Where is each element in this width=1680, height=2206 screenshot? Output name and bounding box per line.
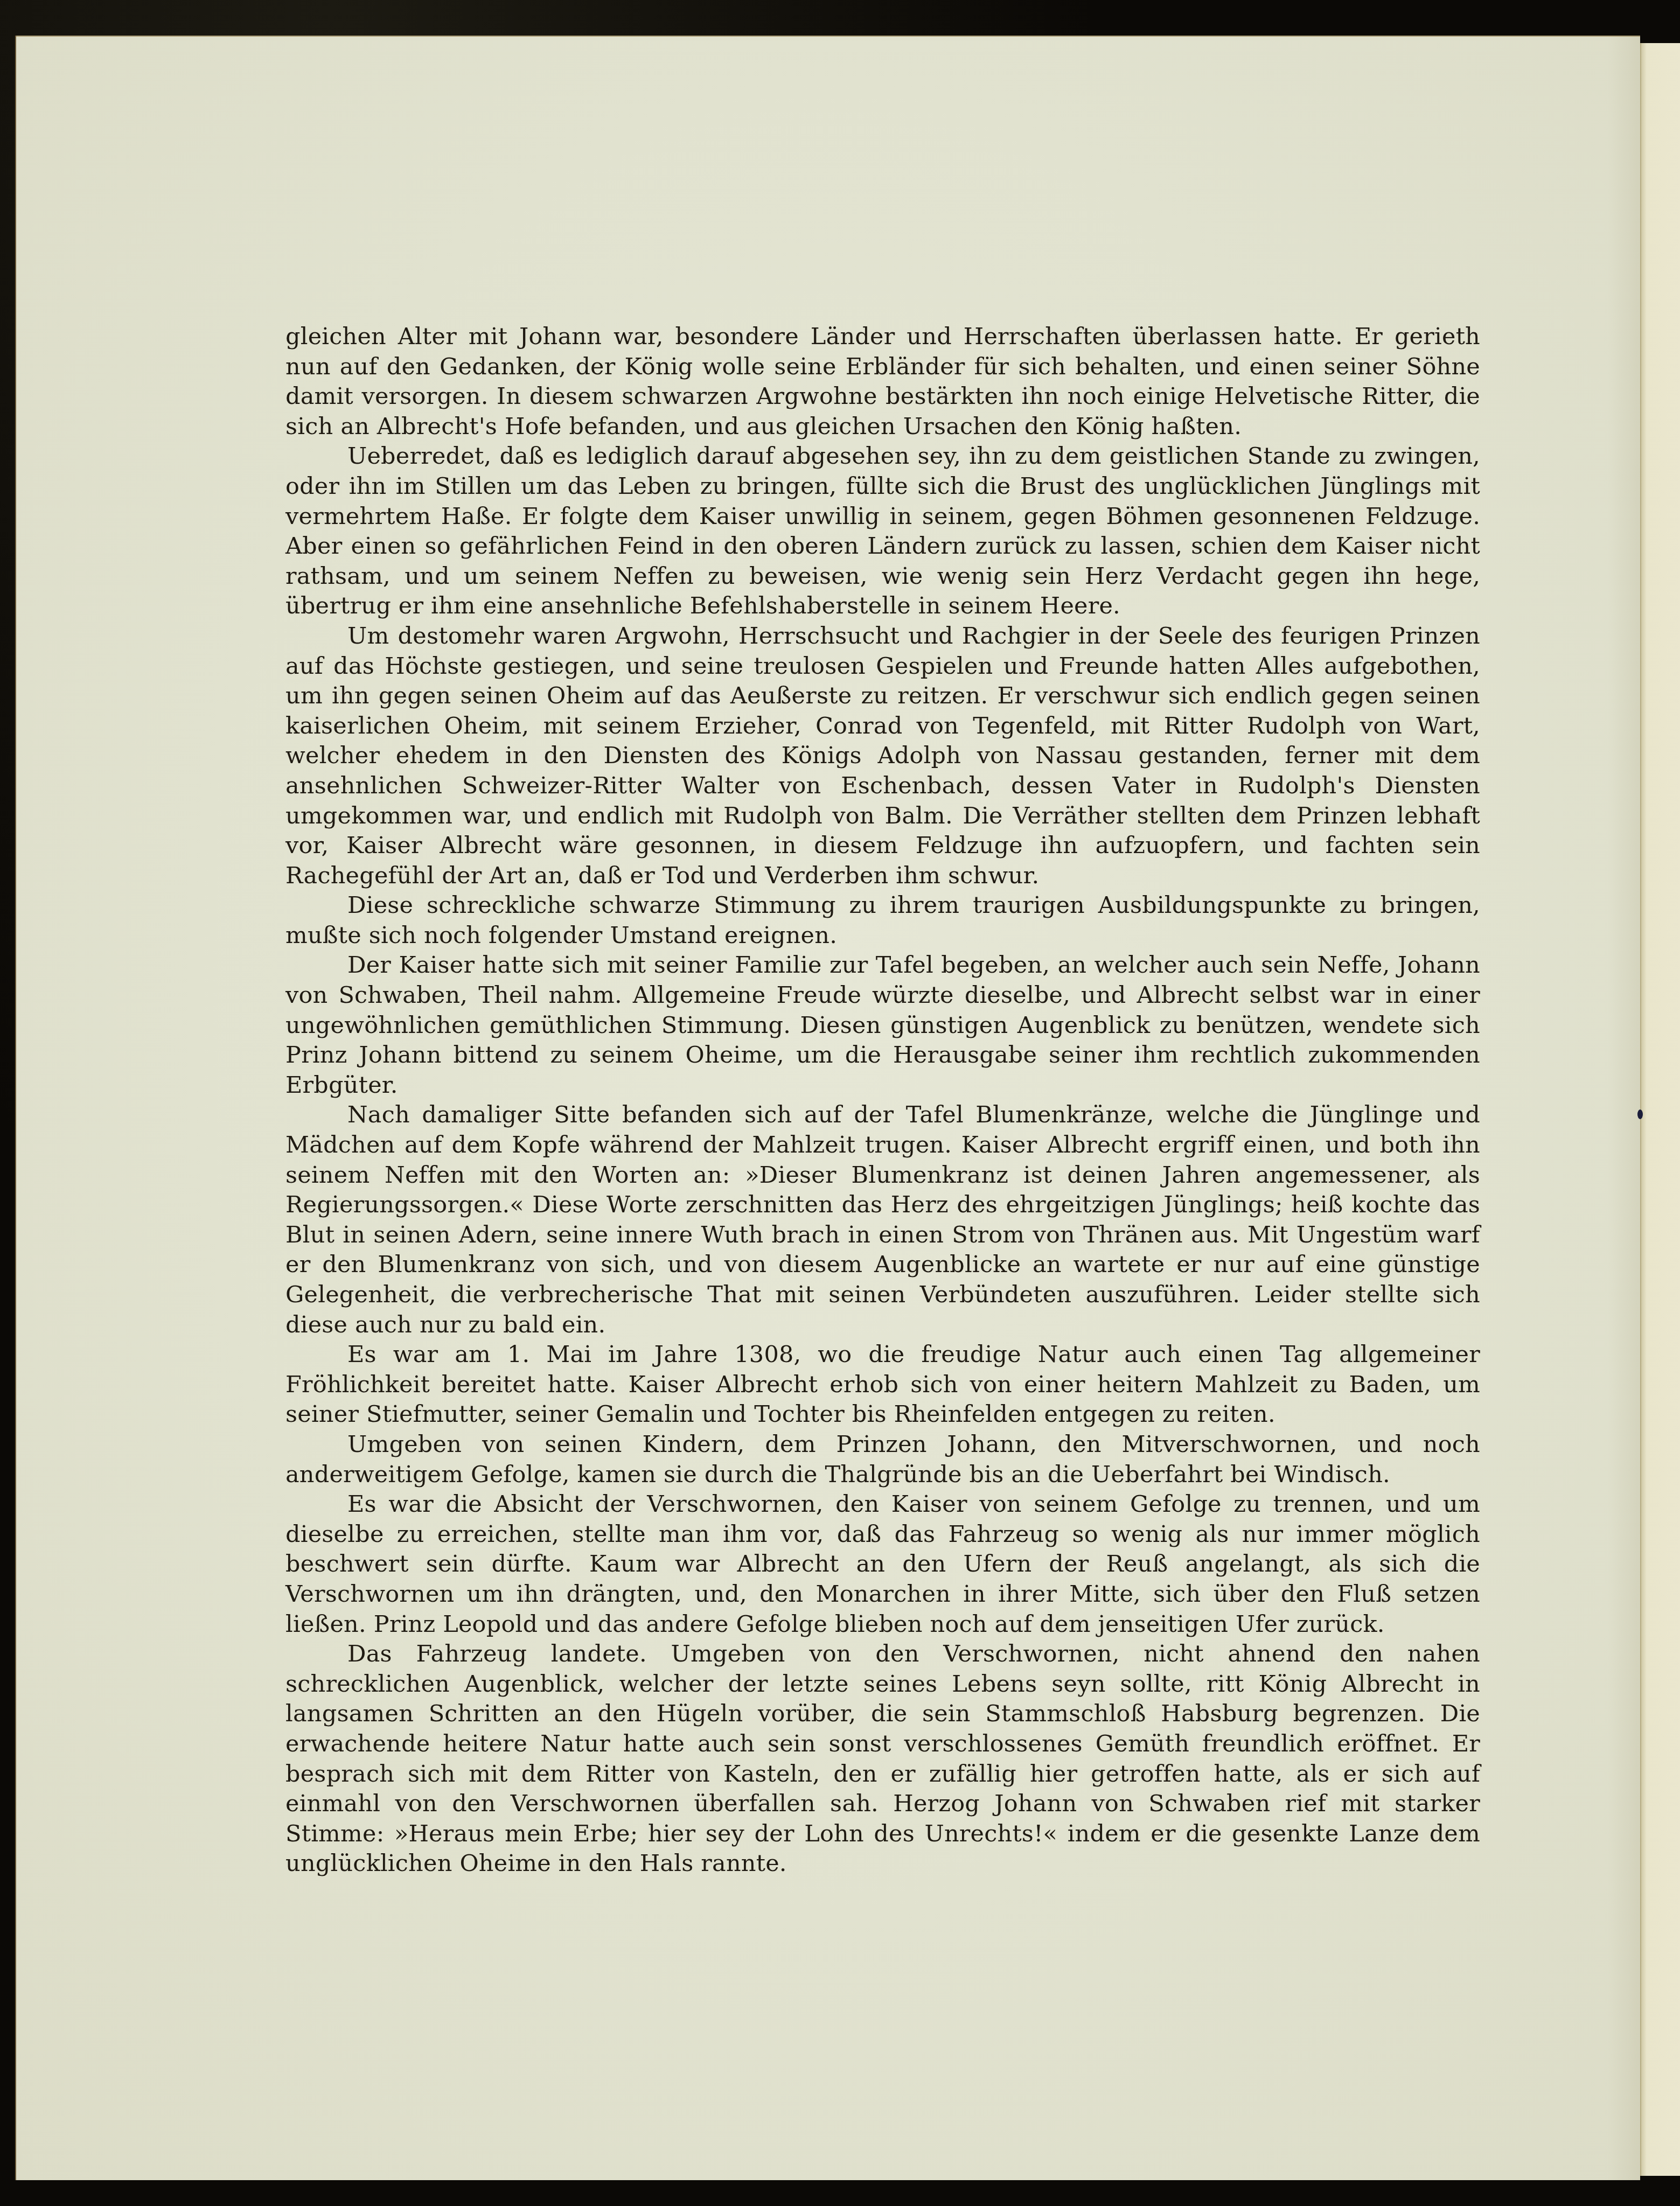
paragraph: Es war am 1. Mai im Jahre 1308, wo die f… bbox=[285, 1340, 1480, 1430]
paragraph: Nach damaliger Sitte befanden sich auf d… bbox=[285, 1100, 1480, 1340]
paragraph: Umgeben von seinen Kindern, dem Prinzen … bbox=[285, 1430, 1480, 1490]
paragraph: Diese schreckliche schwarze Stimmung zu … bbox=[285, 891, 1480, 951]
paragraph: Der Kaiser hatte sich mit seiner Familie… bbox=[285, 951, 1480, 1100]
paragraph: Das Fahrzeug landete. Umgeben von den Ve… bbox=[285, 1639, 1480, 1879]
paragraph: Es war die Absicht der Verschwornen, den… bbox=[285, 1490, 1480, 1639]
paragraph: gleichen Alter mit Johann war, besondere… bbox=[285, 322, 1480, 442]
facing-page-edge bbox=[1640, 43, 1680, 2176]
page-body-text: gleichen Alter mit Johann war, besondere… bbox=[285, 322, 1480, 1879]
paragraph: Ueberredet, daß es lediglich darauf abge… bbox=[285, 442, 1480, 622]
ink-spot bbox=[1637, 1109, 1643, 1119]
paragraph: Um destomehr waren Argwohn, Herrschsucht… bbox=[285, 622, 1480, 891]
